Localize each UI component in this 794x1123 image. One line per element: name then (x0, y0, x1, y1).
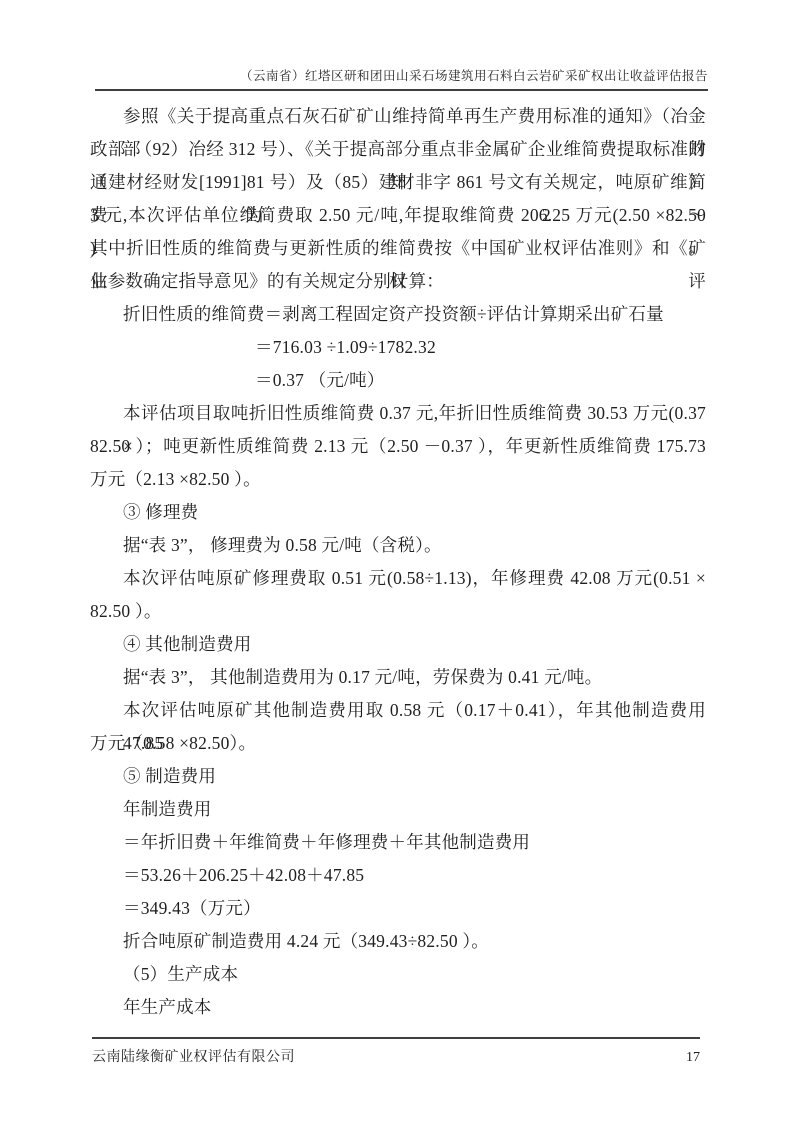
page-header: （云南省）红塔区研和团田山采石场建筑用石料白云岩矿采矿权出让收益评估报告 (95, 68, 708, 91)
text-line: 82.50 ）。 (90, 595, 706, 628)
text-line: ④ 其他制造费用 (90, 628, 706, 661)
text-line: 本次评估吨原矿修理费取 0.51 元(0.58÷1.13)，年修理费 42.08… (90, 562, 706, 595)
text-line: 折合吨原矿制造费用 4.24 元（349.43÷82.50 ）。 (90, 925, 706, 958)
text-line: 参照《关于提高重点石灰石矿矿山维持简单再生产费用标准的通知》（冶金部 财 (90, 100, 706, 133)
text-line: ＝0.37 （元/吨） (90, 364, 706, 397)
text-line: ＝年折旧费＋年维简费＋年修理费＋年其他制造费用 (90, 826, 706, 859)
text-line: 3 元,本次评估单位维简费取 2.50 元/吨,年提取维简费 206.25 万元… (90, 199, 706, 232)
text-line: 其中折旧性质的维简费与更新性质的维简费按《中国矿业权评估准则》和《矿业权评 (90, 232, 706, 265)
text-line: 82.50 ）；吨更新性质维简费 2.13 元（2.50 －0.37 ），年更新… (90, 430, 706, 463)
text-line: （5）生产成本 (90, 958, 706, 991)
text-line: ⑤ 制造费用 (90, 760, 706, 793)
text-line: （建材经财发[1991]81 号）及（85）建材非字 861 号文有关规定，吨原… (90, 166, 706, 199)
text-line: 万元（0.58 ×82.50）。 (90, 727, 706, 760)
text-line: ＝349.43（万元） (90, 892, 706, 925)
text-line: 折旧性质的维简费＝剥离工程固定资产投资额÷评估计算期采出矿石量 (90, 298, 706, 331)
text-line: ③ 修理费 (90, 496, 706, 529)
footer-company-name: 云南陆缘衡矿业权评估有限公司 (92, 1046, 295, 1066)
text-line: ＝716.03 ÷1.09÷1782.32 (90, 331, 706, 364)
text-line: 政部 （92）冶经 312 号）、《关于提高部分重点非金属矿企业维简费提取标准的… (90, 133, 706, 166)
page-footer: 云南陆缘衡矿业权评估有限公司 17 (92, 1037, 700, 1066)
text-line: 年生产成本 (90, 991, 706, 1024)
text-line: 本评估项目取吨折旧性质维简费 0.37 元,年折旧性质维简费 30.53 万元(… (90, 397, 706, 430)
footer-page-number: 17 (686, 1050, 700, 1066)
document-body: 参照《关于提高重点石灰石矿矿山维持简单再生产费用标准的通知》（冶金部 财政部 （… (90, 100, 706, 1024)
text-line: 年制造费用 (90, 793, 706, 826)
text-line: 万元（2.13 ×82.50 ）。 (90, 463, 706, 496)
text-line: 本次评估吨原矿其他制造费用取 0.58 元（0.17＋0.41），年其他制造费用… (90, 694, 706, 727)
text-line: ＝53.26＋206.25＋42.08＋47.85 (90, 859, 706, 892)
text-line: 据“表 3”， 其他制造费用为 0.17 元/吨，劳保费为 0.41 元/吨。 (90, 661, 706, 694)
document-page: （云南省）红塔区研和团田山采石场建筑用石料白云岩矿采矿权出让收益评估报告 参照《… (0, 0, 794, 1123)
report-title: （云南省）红塔区研和团田山采石场建筑用石料白云岩矿采矿权出让收益评估报告 (240, 69, 708, 83)
text-line: 据“表 3”， 修理费为 0.58 元/吨（含税）。 (90, 529, 706, 562)
